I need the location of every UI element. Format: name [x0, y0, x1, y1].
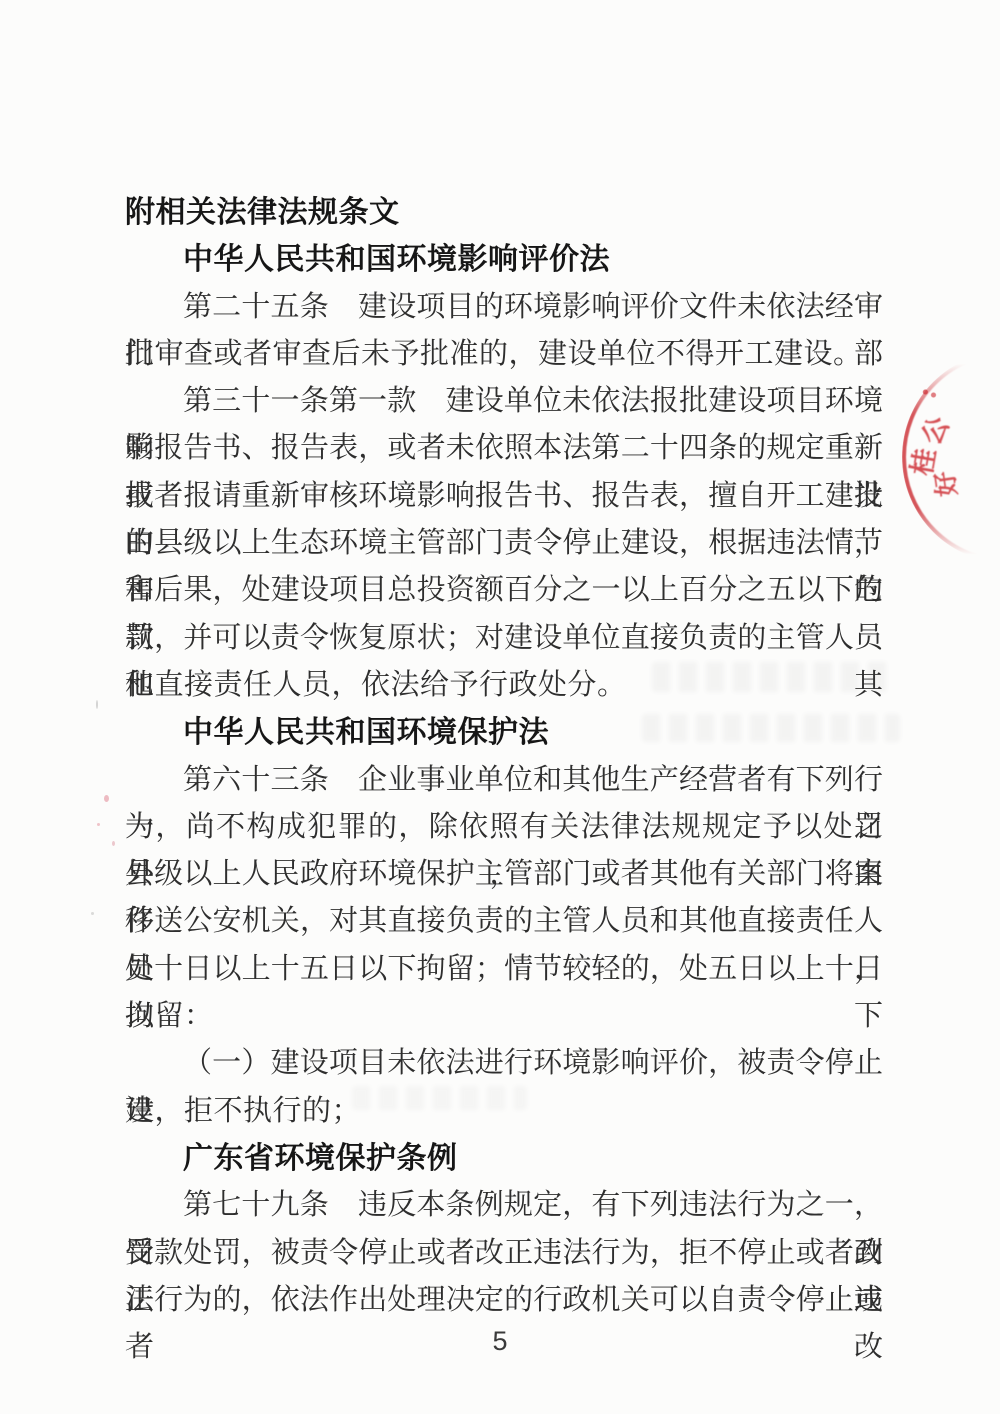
text-line: 第七十九条 违反本条例规定，有下列违法行为之一，受到 [125, 1182, 883, 1229]
text-line: 第二十五条 建设项目的环境影响评价文件未依法经审批部 [125, 284, 883, 331]
text-line: 广东省环境保护条例 [125, 1135, 883, 1182]
page-number: 5 [0, 1326, 1000, 1366]
text-line: 第六十三条 企业事业单位和其他生产经营者有下列行为之 [125, 757, 883, 804]
text-line: 门审查或者审查后未予批准的，建设单位不得开工建设。 [125, 331, 883, 378]
document-page: 附相关法律法规条文中华人民共和国环境影响评价法第二十五条 建设项目的环境影响评价… [0, 0, 1000, 1414]
scan-noise-speck [96, 700, 98, 709]
text-line: 县级以上人民政府环境保护主管部门或者其他有关部门将案件 [125, 851, 883, 898]
seal-character: 公 [910, 408, 957, 450]
text-line: 响报告书、报告表，或者未依照本法第二十四条的规定重新报批 [125, 425, 883, 472]
text-line: 款，并可以责令恢复原状；对建设单位直接负责的主管人员和其 [125, 615, 883, 662]
text-line: 中华人民共和国环境影响评价法 [125, 236, 883, 283]
text-line: 附相关法律法规条文 [125, 189, 883, 236]
text-line: 处十日以上十五日以下拘留；情节较轻的，处五日以上十日以下 [125, 946, 883, 993]
text-line: 法行为的，依法作出处理决定的行政机关可以自责令停止或者改 [125, 1277, 883, 1324]
seal-character: 好 [925, 469, 964, 499]
red-seal-stamp: 公 桂 好 [880, 330, 1000, 590]
text-line: （一）建设项目未依法进行环境影响评价，被责令停止建 [125, 1040, 883, 1087]
bleedthrough-mark [652, 662, 890, 692]
text-line: 或者报请重新审核环境影响报告书、报告表，擅自开工建设的， [125, 473, 883, 520]
seal-character: 桂 [900, 445, 943, 478]
text-line: 第三十一条第一款 建设单位未依法报批建设项目环境影 [125, 378, 883, 425]
bleedthrough-mark [642, 714, 900, 742]
document-body: 附相关法律法规条文中华人民共和国环境影响评价法第二十五条 建设项目的环境影响评价… [125, 189, 883, 1324]
seal-ink-specks [920, 388, 938, 398]
text-line: 一，尚不构成犯罪的，除依照有关法律法规规定予以处罚外，由 [125, 804, 883, 851]
scan-noise-speck [91, 912, 94, 915]
text-line: 由县级以上生态环境主管部门责令停止建设，根据违法情节和危 [125, 520, 883, 567]
text-line: 移送公安机关，对其直接负责的主管人员和其他直接责任人员， [125, 898, 883, 945]
scan-noise-speck [112, 841, 115, 846]
seal-ring-icon [902, 351, 1000, 563]
text-line: 害后果，处建设项目总投资额百分之一以上百分之五以下的罚 [125, 567, 883, 614]
scan-noise-speck [104, 795, 109, 802]
bleedthrough-mark [352, 1086, 527, 1110]
text-line: 罚款处罚，被责令停止或者改正违法行为，拒不停止或者改正违 [125, 1230, 883, 1277]
scan-noise-speck [97, 823, 100, 826]
